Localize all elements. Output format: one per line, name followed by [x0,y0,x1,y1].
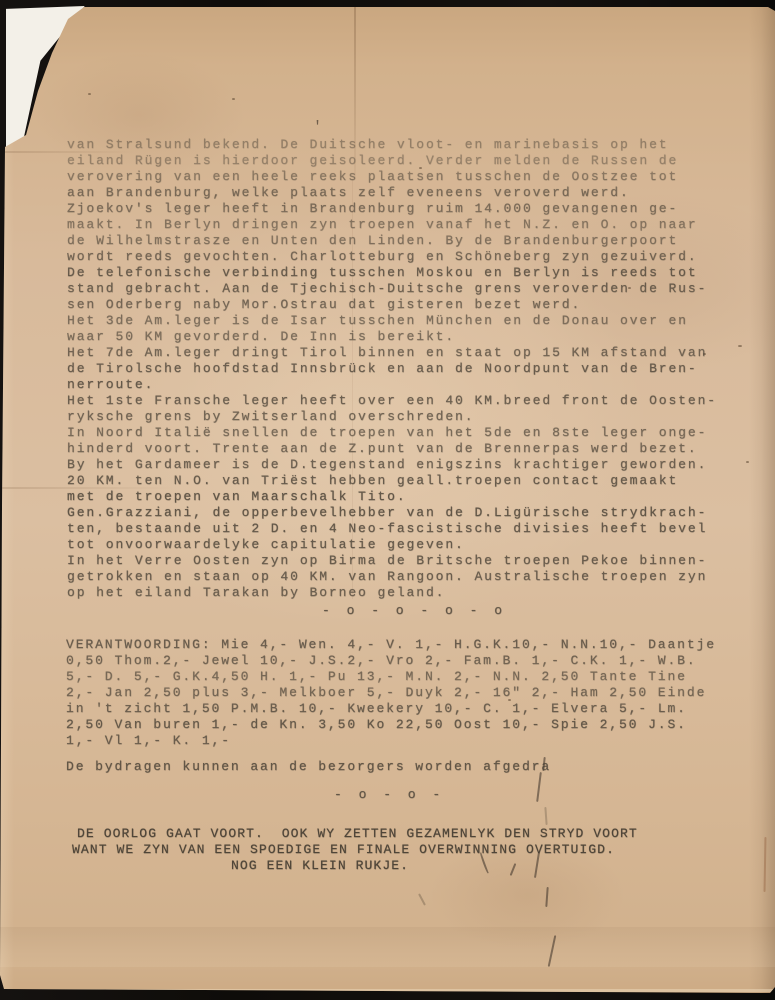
paper-sheet: ' van Stralsund bekend. De Duitsche vloo… [0,7,775,993]
delivery-note-line: De bydragen kunnen aan de bezorgers word… [66,759,551,775]
bottom-tonal-band [0,927,775,967]
edge-scratch-red [764,837,767,892]
closing-slogan-line-3: NOG EEN KLEIN RUKJE. [231,858,409,874]
paper-bottom-edge-highlight [0,989,775,992]
accounting-verantwoording-paragraph: VERANTWOORDING: Mie 4,- Wen. 4,- V. 1,- … [66,637,716,749]
ink-scratch [510,863,517,876]
document-scan: ' van Stralsund bekend. De Duitsche vloo… [0,0,775,1000]
paper-speck [88,93,91,95]
ink-scratch [544,807,547,825]
stray-apostrophe-mark: ' [313,119,322,136]
ink-scratch [545,887,548,907]
paper-speck [738,345,742,347]
paper-speck [746,461,749,463]
ink-scratch [548,935,557,967]
closing-slogan-line-2: WANT WE ZYN VAN EEN SPOEDIGE EN FINALE O… [72,842,615,858]
war-news-paragraph: van Stralsund bekend. De Duitsche vloot-… [67,137,717,601]
section-separator-secondary: - o - o - [334,787,445,803]
section-separator-primary: - o - o - o - o [322,603,507,619]
ink-scratch [536,772,542,802]
ink-scratch [418,893,426,905]
paper-speck [232,98,235,100]
closing-slogan-line-1: DE OORLOG GAAT VOORT. OOK WY ZETTEN GEZA… [77,826,638,842]
